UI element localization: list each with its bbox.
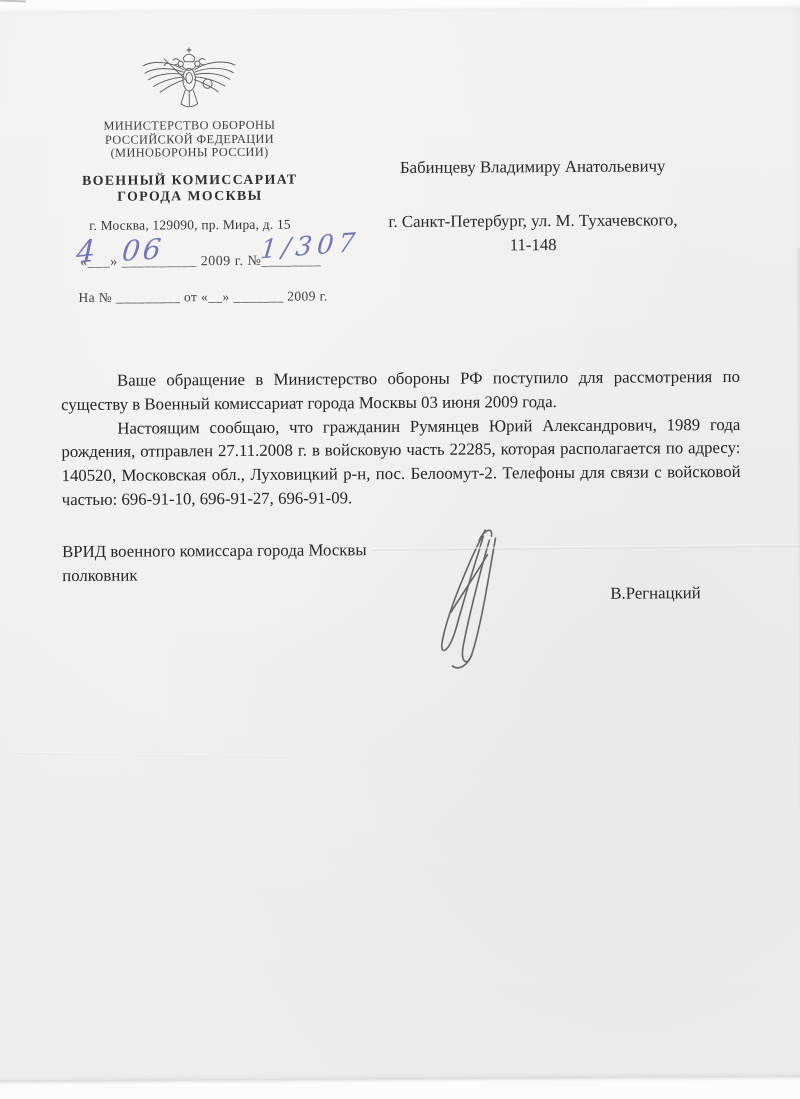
letter-page: МИНИСТЕРСТВО ОБОРОНЫ РОССИЙСКОЙ ФЕДЕРАЦИ… (0, 8, 800, 1081)
paper-edge-shadow (795, 248, 800, 808)
mod-emblem-icon (139, 45, 239, 118)
commissariat-name: ВОЕННЫЙ КОМИССАРИАТ ГОРОДА МОСКВЫ (40, 171, 340, 206)
ministry-name: МИНИСТЕРСТВО ОБОРОНЫ РОССИЙСКОЙ ФЕДЕРАЦИ… (39, 118, 339, 161)
letterhead: МИНИСТЕРСТВО ОБОРОНЫ РОССИЙСКОЙ ФЕДЕРАЦИ… (39, 44, 341, 306)
signer-title: ВРИД военного комиссара города Москвы по… (62, 538, 367, 587)
recipient-address: г. Санкт-Петербург, ул. М. Тухачевского, (358, 209, 708, 233)
scan-edge-artifact (0, 0, 26, 2)
paper-crease (0, 751, 293, 757)
commissariat-line: ГОРОДА МОСКВЫ (40, 188, 340, 206)
recipient-name: Бабинцеву Владимиру Анатольевичу (358, 155, 708, 179)
ministry-line: (МИНОБОРОНЫ РОССИИ) (40, 146, 340, 161)
commissariat-line: ВОЕННЫЙ КОМИССАРИАТ (40, 171, 340, 189)
recipient-block: Бабинцеву Владимиру Анатольевичу г. Санк… (358, 155, 709, 257)
scanned-letter: МИНИСТЕРСТВО ОБОРОНЫ РОССИЙСКОЙ ФЕДЕРАЦИ… (0, 0, 800, 1099)
outgoing-date-line: «___» __________ 2009 г. №________ 4 06 … (40, 245, 340, 271)
handwritten-day: 4 (76, 233, 96, 270)
signer-title-line: ВРИД военного комиссара города Москвы (62, 538, 367, 563)
letter-body: Ваше обращение в Министерство обороны РФ… (61, 365, 741, 512)
reference-line: На № _________ от «__» _______ 2009 г. (40, 288, 340, 306)
body-paragraph: Ваше обращение в Министерство обороны РФ… (61, 365, 740, 417)
handwritten-month: 06 (120, 232, 165, 268)
body-paragraph: Настоящим сообщаю, что гражданин Румянце… (61, 413, 741, 512)
sender-address: г. Москва, 129090, пр. Мира, д. 15 (40, 216, 340, 234)
signer-title-line: полковник (62, 562, 367, 587)
signer-name: В.Регнацкий (610, 583, 700, 604)
recipient-apartment: 11-148 (358, 233, 708, 257)
handwritten-outgoing-number: 1/307 (259, 227, 362, 265)
